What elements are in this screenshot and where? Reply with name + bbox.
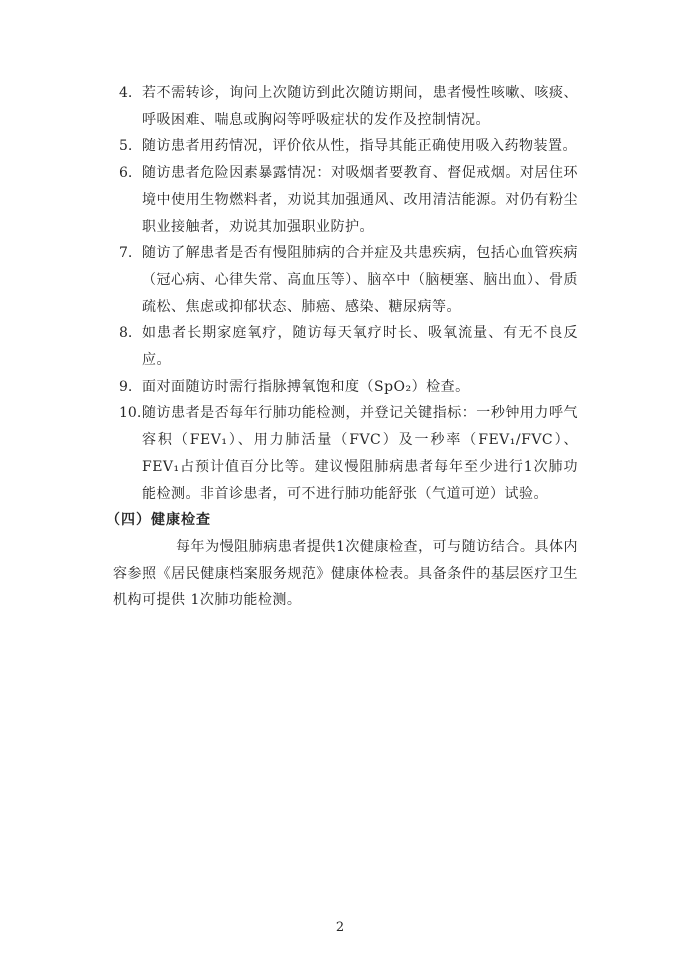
document-content: 4. 若不需转诊，询问上次随访到此次随访期间，患者慢性咳嗽、咳痰、呼吸困难、喘息… [104, 80, 578, 614]
list-item: 5. 随访患者用药情况，评价依从性，指导其能正确使用吸入药物装置。 [104, 133, 578, 160]
list-item: 7. 随访了解患者是否有慢阻肺病的合并症及共患疾病，包括心血管疾病（冠心病、心律… [104, 240, 578, 320]
list-item-number: 6. [119, 160, 142, 187]
list-item-text: 面对面随访时需行指脉搏氧饱和度（SpO₂）检查。 [142, 374, 578, 401]
list-item-number: 10. [119, 400, 142, 427]
page-number: 2 [0, 920, 680, 936]
list-item-number: 5. [119, 133, 142, 160]
list-item-text: 随访患者是否每年行肺功能检测，并登记关键指标：一秒钟用力呼气容积（FEV₁）、用… [142, 400, 578, 507]
document-page: 4. 若不需转诊，询问上次随访到此次随访期间，患者慢性咳嗽、咳痰、呼吸困难、喘息… [0, 0, 680, 962]
list-item-number: 4. [119, 80, 142, 107]
section-heading: （四）健康检查 [106, 507, 578, 534]
section-paragraph: 每年为慢阻肺病患者提供1次健康检查，可与随访结合。具体内容参照《居民健康档案服务… [113, 534, 578, 614]
list-item-text: 随访患者用药情况，评价依从性，指导其能正确使用吸入药物装置。 [142, 133, 578, 160]
list-item: 8. 如患者长期家庭氧疗，随访每天氧疗时长、吸氧流量、有无不良反应。 [104, 320, 578, 373]
numbered-list: 4. 若不需转诊，询问上次随访到此次随访期间，患者慢性咳嗽、咳痰、呼吸困难、喘息… [104, 80, 578, 507]
list-item-number: 9. [119, 374, 142, 401]
list-item-text: 随访了解患者是否有慢阻肺病的合并症及共患疾病，包括心血管疾病（冠心病、心律失常、… [142, 240, 578, 320]
list-item-text: 随访患者危险因素暴露情况：对吸烟者要教育、督促戒烟。对居住环境中使用生物燃料者，… [142, 160, 578, 240]
list-item: 4. 若不需转诊，询问上次随访到此次随访期间，患者慢性咳嗽、咳痰、呼吸困难、喘息… [104, 80, 578, 133]
list-item-text: 若不需转诊，询问上次随访到此次随访期间，患者慢性咳嗽、咳痰、呼吸困难、喘息或胸闷… [142, 80, 578, 133]
list-item-number: 7. [119, 240, 142, 267]
list-item: 9. 面对面随访时需行指脉搏氧饱和度（SpO₂）检查。 [104, 374, 578, 401]
list-item-number: 8. [119, 320, 142, 347]
list-item-text: 如患者长期家庭氧疗，随访每天氧疗时长、吸氧流量、有无不良反应。 [142, 320, 578, 373]
list-item: 10. 随访患者是否每年行肺功能检测，并登记关键指标：一秒钟用力呼气容积（FEV… [104, 400, 578, 507]
list-item: 6. 随访患者危险因素暴露情况：对吸烟者要教育、督促戒烟。对居住环境中使用生物燃… [104, 160, 578, 240]
